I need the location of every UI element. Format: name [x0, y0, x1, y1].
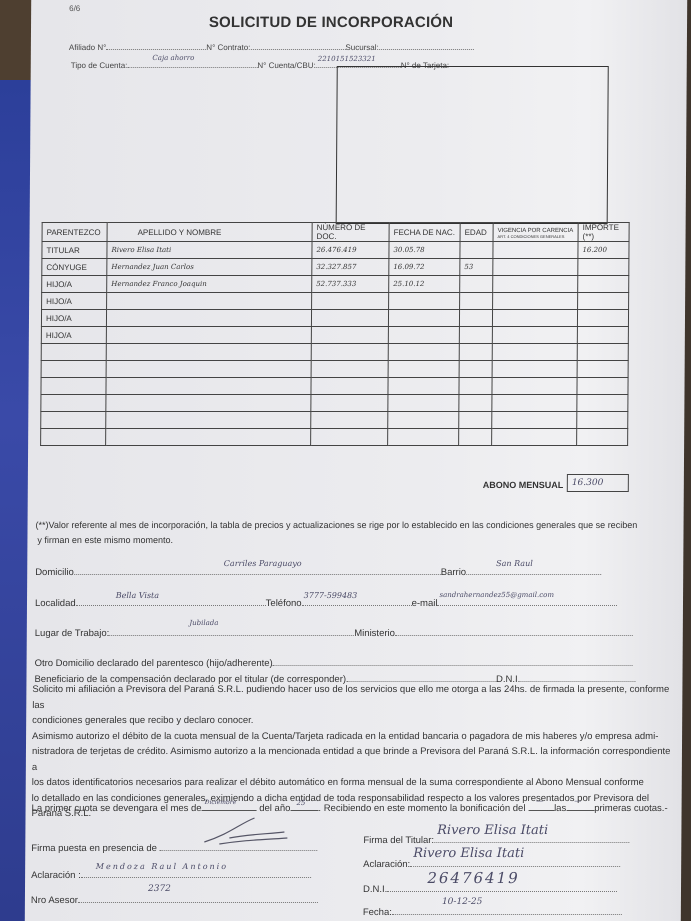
table-cell[interactable]: 16.09.72: [389, 259, 460, 276]
table-header-row: PARENTEZCO APELLIDO Y NOMBRE NÚMERO DE D…: [42, 223, 629, 242]
parentezco-cell: [41, 412, 106, 429]
table-cell[interactable]: 52.737.333: [312, 276, 389, 293]
otro-domicilio-label: Otro Domicilio declarado del parentesco …: [35, 658, 273, 669]
otro-domicilio-field[interactable]: [273, 657, 633, 666]
table-cell[interactable]: [388, 395, 459, 412]
table-cell[interactable]: [493, 242, 578, 259]
contrato-field[interactable]: [250, 41, 345, 50]
localidad-field[interactable]: Bella Vista: [76, 597, 266, 606]
table-cell[interactable]: [492, 310, 577, 327]
table-cell[interactable]: 30.05.78: [389, 242, 460, 259]
table-cell[interactable]: [106, 395, 311, 412]
table-cell[interactable]: [311, 395, 388, 412]
table-cell[interactable]: [388, 327, 459, 344]
table-row: HIJO/A: [42, 293, 629, 310]
aclaracion-right-label: Aclaración:: [363, 859, 410, 870]
abono-mensual-value[interactable]: 16.300: [567, 474, 629, 492]
aclaracion-left-field[interactable]: Mendoza Raul Antonio: [81, 869, 311, 878]
abono-mensual-label: ABONO MENSUAL: [483, 480, 564, 490]
table-cell[interactable]: [388, 344, 459, 361]
table-cell[interactable]: 32.327.857: [312, 259, 389, 276]
table-cell[interactable]: 16.200: [578, 242, 629, 259]
trabajo-row: Lugar de Trabajo:JubiladaMinisterio: [35, 627, 633, 639]
anio-field[interactable]: 25: [290, 802, 318, 811]
terms-line: nistradora de terjetas de crédito. Asimi…: [32, 744, 672, 775]
table-row: [41, 361, 628, 378]
signature-scribble-icon: [200, 814, 290, 848]
table-cell[interactable]: [106, 361, 311, 378]
table-row: HIJO/A: [41, 310, 628, 327]
table-cell[interactable]: 26.476.419: [312, 242, 389, 259]
domicilio-label: Domicilio: [35, 567, 74, 578]
table-cell[interactable]: 53: [460, 259, 493, 276]
table-cell[interactable]: [106, 344, 311, 361]
table-cell[interactable]: [492, 395, 577, 412]
table-cell[interactable]: Hernandez Franco Joaquin: [107, 276, 312, 293]
table-row: [41, 344, 628, 361]
anio-label: del año: [259, 803, 290, 814]
table-cell[interactable]: [459, 327, 492, 344]
fecha-row: Fecha:10-12-25: [363, 906, 622, 918]
parentezco-cell: [41, 378, 106, 395]
table-cell[interactable]: [459, 378, 492, 395]
terms-line: Solicito mi afiliación a Previsora del P…: [32, 682, 672, 713]
otro-domicilio-row: Otro Domicilio declarado del parentesco …: [35, 657, 633, 669]
asesor-field[interactable]: 2372: [78, 894, 318, 903]
terms-line: condiciones generales que recibo y decla…: [32, 713, 672, 729]
parentezco-cell: [41, 395, 106, 412]
parentezco-cell: HIJO/A: [41, 327, 106, 344]
table-cell[interactable]: [106, 378, 311, 395]
col-importe: IMPORTE (**): [578, 223, 629, 242]
bonificacion-field[interactable]: —: [528, 802, 554, 811]
table-cell[interactable]: [577, 429, 628, 446]
table-cell[interactable]: [577, 327, 628, 344]
fecha-field[interactable]: 10-12-25: [392, 906, 622, 915]
table-row: CÓNYUGEHernandez Juan Carlos32.327.85716…: [42, 259, 629, 276]
presencia-signature-field[interactable]: [160, 842, 318, 851]
fecha-label: Fecha:: [363, 907, 392, 918]
aclaracion-right-field[interactable]: Rivero Elisa Itati: [410, 858, 620, 867]
col-nombre: APELLIDO Y NOMBRE: [107, 223, 312, 242]
table-cell[interactable]: [578, 276, 629, 293]
firma-titular-field[interactable]: Rivero Elisa Itati: [434, 834, 629, 843]
las-label: las: [554, 803, 566, 814]
table-row: [41, 378, 628, 395]
header-row-1: Afiliado N°N° Contrato:Sucursal:: [69, 41, 474, 52]
table-cell[interactable]: [389, 293, 460, 310]
email-label: e-mail: [412, 598, 438, 609]
table-cell[interactable]: [459, 412, 492, 429]
family-table: PARENTEZCO APELLIDO Y NOMBRE NÚMERO DE D…: [40, 222, 630, 446]
tipo-cuenta-label: Tipo de Cuenta:: [71, 61, 128, 70]
footnote-2: y firman en este mismo momento.: [37, 535, 173, 545]
table-cell[interactable]: [492, 378, 577, 395]
sucursal-field[interactable]: [379, 41, 474, 50]
parentezco-cell: HIJO/A: [42, 293, 107, 310]
table-cell[interactable]: [311, 378, 388, 395]
table-cell[interactable]: [460, 276, 493, 293]
presencia-label: Firma puesta en presencia de: [31, 843, 157, 854]
table-cell[interactable]: [577, 310, 628, 327]
col-edad: EDAD: [460, 223, 493, 242]
table-cell[interactable]: [311, 344, 388, 361]
sucursal-label: Sucursal:: [345, 43, 378, 52]
presencia-row: Firma puesta en presencia de: [31, 842, 317, 854]
table-cell[interactable]: [388, 310, 459, 327]
table-cell[interactable]: [106, 429, 311, 446]
telefono-field[interactable]: 3777-599483: [302, 597, 412, 606]
table-cell[interactable]: [492, 429, 577, 446]
table-cell[interactable]: [459, 344, 492, 361]
parentezco-cell: TITULAR: [42, 242, 107, 259]
table-row: HIJO/AHernandez Franco Joaquin52.737.333…: [42, 276, 629, 293]
cuenta-cbu-label: N° Cuenta/CBU:: [257, 61, 315, 70]
col-vigencia: VIGENCIA POR CARENCIAART. 4 CONDICIONES …: [493, 223, 578, 242]
mes-field[interactable]: Diciembre: [202, 802, 257, 811]
parentezco-cell: [41, 429, 106, 446]
ministerio-field[interactable]: [395, 627, 633, 636]
table-cell[interactable]: [493, 293, 578, 310]
firma-titular-row: Firma del Titular:Rivero Elisa Itati: [363, 834, 629, 846]
lugar-trabajo-label: Lugar de Trabajo:: [35, 628, 110, 639]
table-cell[interactable]: [577, 361, 628, 378]
aclaracion-left-label: Aclaración :: [31, 870, 81, 881]
table-cell[interactable]: [493, 276, 578, 293]
table-row: [41, 412, 628, 429]
table-cell[interactable]: [459, 395, 492, 412]
localidad-label: Localidad: [35, 598, 76, 609]
table-cell[interactable]: 25.10.12: [389, 276, 460, 293]
col-parentezco: PARENTEZCO: [42, 223, 107, 242]
table-cell[interactable]: [388, 378, 459, 395]
parentezco-cell: [41, 361, 106, 378]
dni-titular-field[interactable]: 26476419: [387, 883, 617, 892]
table-cell[interactable]: [492, 327, 577, 344]
contrato-label: N° Contrato:: [206, 43, 250, 52]
table-cell[interactable]: [311, 429, 388, 446]
photo-box: [336, 66, 609, 224]
table-cell[interactable]: Hernandez Juan Carlos: [107, 259, 312, 276]
parentezco-cell: [41, 344, 106, 361]
table-cell[interactable]: [459, 429, 492, 446]
table-cell[interactable]: [107, 293, 312, 310]
telefono-label: Teléfono: [266, 598, 302, 609]
firma-titular-label: Firma del Titular:: [363, 835, 434, 846]
aclaracion-left-row: Aclaración :Mendoza Raul Antonio: [31, 869, 311, 881]
asesor-label: Nro Asesor: [31, 895, 78, 906]
table-cell[interactable]: [578, 259, 629, 276]
form-title: SOLICITUD DE INCORPORACIÓN: [31, 14, 631, 31]
col-documento: NÚMERO DE DOC.: [312, 223, 389, 242]
table-cell[interactable]: [577, 412, 628, 429]
table-cell[interactable]: [493, 259, 578, 276]
email-field[interactable]: sandrahernandez55@gmail.com: [437, 597, 617, 606]
table-cell[interactable]: [577, 378, 628, 395]
table-cell[interactable]: [578, 293, 629, 310]
barrio-label: Barrio: [441, 567, 466, 578]
domicilio-row: DomicilioCarriles ParaguayoBarrioSan Rau…: [35, 566, 601, 578]
form-page: 6/6 SOLICITUD DE INCORPORACIÓN Afiliado …: [25, 0, 687, 921]
table-cell[interactable]: [106, 310, 311, 327]
table-cell[interactable]: [106, 412, 311, 429]
table-row: [41, 429, 628, 446]
barrio-field[interactable]: San Raul: [466, 566, 601, 575]
localidad-row: LocalidadBella VistaTeléfono3777-599483e…: [35, 597, 618, 609]
terms-line: Asimismo autorizo el débito de la cuota …: [32, 729, 672, 745]
ministerio-label: Ministerio: [354, 628, 395, 639]
table-cell[interactable]: [460, 293, 493, 310]
table-cell[interactable]: [460, 242, 493, 259]
terms-line: los datos identificatorios necesarios pa…: [32, 775, 672, 791]
primeras-cuotas-label: primeras cuotas.-: [594, 803, 667, 814]
table-cell[interactable]: [459, 361, 492, 378]
table-cell[interactable]: [388, 361, 459, 378]
table-cell[interactable]: [492, 412, 577, 429]
afiliado-field[interactable]: [106, 41, 206, 50]
table-cell[interactable]: [106, 327, 311, 344]
dni-titular-label: D.N.I.: [363, 884, 387, 895]
table-cell[interactable]: [388, 429, 459, 446]
table-row: TITULARRivero Elisa Itati26.476.41930.05…: [42, 242, 629, 259]
domicilio-field[interactable]: Carriles Paraguayo: [74, 566, 441, 575]
bonificacion-label: . Recibiendo en este momento la bonifica…: [318, 803, 525, 814]
table-row: [41, 395, 628, 412]
table-cell[interactable]: [312, 293, 389, 310]
table-cell[interactable]: [577, 395, 628, 412]
table-cell[interactable]: [577, 344, 628, 361]
las-field[interactable]: —: [566, 802, 594, 811]
primer-cuota-label: La primer cuota se devengara el mes de: [32, 803, 202, 814]
parentezco-cell: HIJO/A: [41, 310, 106, 327]
lugar-trabajo-field[interactable]: Jubilada: [109, 627, 354, 636]
table-cell[interactable]: [311, 361, 388, 378]
asesor-row: Nro Asesor2372: [31, 894, 318, 906]
page-number: 6/6: [69, 4, 80, 13]
footnote: (**)Valor referente al mes de incorporac…: [36, 520, 638, 530]
table-cell[interactable]: [311, 310, 388, 327]
beneficiario-field[interactable]: [346, 673, 496, 682]
table-cell[interactable]: [492, 361, 577, 378]
table-cell[interactable]: Rivero Elisa Itati: [107, 242, 312, 259]
table-cell[interactable]: [388, 412, 459, 429]
col-fecha-nac: FECHA DE NAC.: [389, 223, 460, 242]
table-cell[interactable]: [311, 412, 388, 429]
parentezco-cell: CÓNYUGE: [42, 259, 107, 276]
parentezco-cell: HIJO/A: [42, 276, 107, 293]
table-cell[interactable]: [459, 310, 492, 327]
table-cell[interactable]: [492, 344, 577, 361]
beneficiario-dni-field[interactable]: [520, 673, 635, 682]
afiliado-label: Afiliado N°: [69, 43, 107, 52]
table-cell[interactable]: [311, 327, 388, 344]
tipo-cuenta-field[interactable]: Caja ahorro: [127, 59, 257, 68]
dni-titular-row: D.N.I.26476419: [363, 883, 617, 895]
table-row: HIJO/A: [41, 327, 628, 344]
primer-cuota-row: La primer cuota se devengara el mes deDi…: [32, 802, 668, 814]
